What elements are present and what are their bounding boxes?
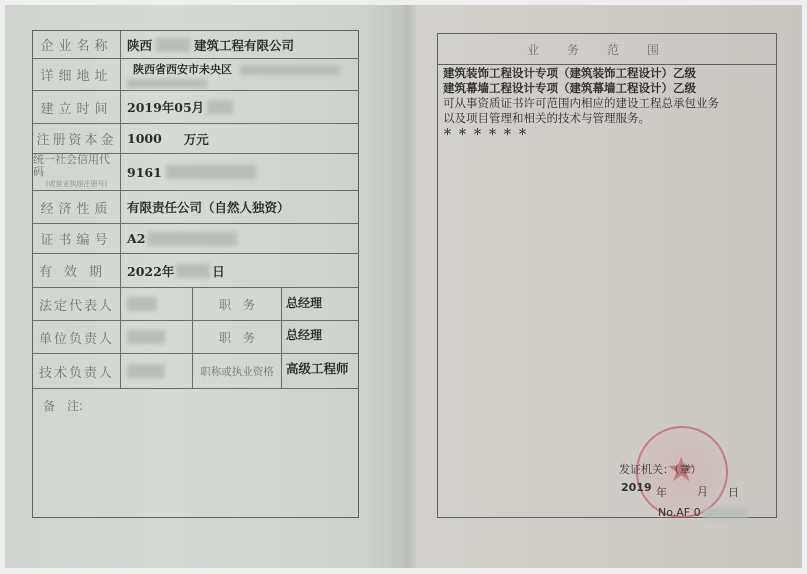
row-validity: 有效期 2022年 日: [33, 254, 358, 288]
label-tech-head: 技术负责人: [33, 354, 121, 388]
row-established: 建立时间 2019年05月: [33, 91, 358, 124]
value-capital: 1000 万元: [127, 124, 354, 153]
value-legal-rep: [121, 288, 193, 320]
page-crease: [398, 5, 416, 568]
value-tech-head: [121, 354, 193, 388]
row-address: 详细地址 陕西省西安市未央区: [33, 59, 358, 91]
remarks-label: 备 注:: [43, 397, 83, 414]
label-validity: 有效期: [33, 254, 121, 287]
redacted-block: [156, 38, 190, 52]
row-tech-head: 技术负责人 职称或执业资格 高级工程师: [33, 354, 358, 389]
value-position: 总经理: [286, 321, 358, 353]
certificate-serial: No.AF 0: [658, 506, 748, 519]
value-address: 陕西省西安市未央区: [127, 59, 354, 90]
label-capital: 注册资本金: [33, 124, 121, 153]
value-unit-head: [121, 321, 193, 353]
value-cert-number: A2: [127, 224, 354, 253]
year-char: 年: [656, 484, 667, 500]
scope-line: 建筑幕墙工程设计专项（建筑幕墙工程设计）乙级: [443, 81, 772, 96]
row-cert-number: 证书编号 A2: [33, 224, 358, 254]
scope-line: 建筑装饰工程设计专项（建筑装饰工程设计）乙级: [443, 66, 772, 81]
redacted-block: [127, 364, 165, 378]
business-scope-table: 业务范围 建筑装饰工程设计专项（建筑装饰工程设计）乙级 建筑幕墙工程设计专项（建…: [437, 33, 777, 518]
redacted-block: [147, 232, 237, 246]
redacted-block: [127, 330, 165, 344]
business-scope-header: 业务范围: [438, 34, 776, 65]
scope-line: 以及项目管理和相关的技术与管理服务。: [443, 111, 772, 126]
redacted-block: [127, 79, 207, 88]
redacted-block: [166, 165, 256, 179]
value-credit-code: 9161: [127, 154, 354, 190]
redacted-block: [176, 264, 210, 278]
row-unit-head: 单位负责人 职 务 总经理: [33, 321, 358, 354]
redacted-block: [240, 65, 340, 75]
row-company-name: 企业名称 陕西 建筑工程有限公司: [33, 31, 358, 59]
label-position: 职 务: [193, 288, 282, 320]
day-char: 日: [728, 484, 739, 500]
row-legal-rep: 法定代表人 职 务 总经理: [33, 288, 358, 321]
label-legal-rep: 法定代表人: [33, 288, 121, 320]
redacted-block: [127, 297, 157, 311]
redacted-block: [704, 508, 748, 518]
value-economic-nature: 有限责任公司（自然人独资）: [127, 191, 354, 223]
label-position: 职 务: [193, 321, 282, 353]
scope-line: 可从事资质证书许可范围内相应的建设工程总承包业务: [443, 96, 772, 111]
business-scope-content: 建筑装饰工程设计专项（建筑装饰工程设计）乙级 建筑幕墙工程设计专项（建筑幕墙工程…: [443, 66, 772, 141]
issuer-label: 发证机关：（章）: [619, 461, 702, 477]
issue-year: 2019: [621, 481, 652, 494]
value-validity: 2022年 日: [127, 254, 354, 287]
row-capital: 注册资本金 1000 万元: [33, 124, 358, 154]
label-unit-head: 单位负责人: [33, 321, 121, 353]
label-economic-nature: 经济性质: [33, 191, 121, 223]
label-established: 建立时间: [33, 91, 121, 123]
label-credit-code: 统一社会信用代码 (或营业执照注册号): [33, 154, 121, 190]
value-qualification: 高级工程师: [286, 354, 358, 388]
month-char: 月: [697, 483, 708, 499]
label-company-name: 企业名称: [33, 31, 121, 58]
label-cert-number: 证书编号: [33, 224, 121, 253]
company-info-table: 企业名称 陕西 建筑工程有限公司 详细地址 陕西省西安市未央区 建立时间 201…: [32, 30, 359, 518]
label-qualification: 职称或执业资格: [193, 354, 282, 388]
end-stars: ＊＊＊＊＊＊: [443, 126, 772, 141]
value-company-name: 陕西 建筑工程有限公司: [127, 31, 354, 58]
redacted-block: [207, 100, 233, 114]
row-credit-code: 统一社会信用代码 (或营业执照注册号) 9161: [33, 154, 358, 191]
value-position: 总经理: [286, 288, 358, 320]
label-address: 详细地址: [33, 59, 121, 90]
row-economic-nature: 经济性质 有限责任公司（自然人独资）: [33, 191, 358, 224]
value-established: 2019年05月: [127, 91, 354, 123]
